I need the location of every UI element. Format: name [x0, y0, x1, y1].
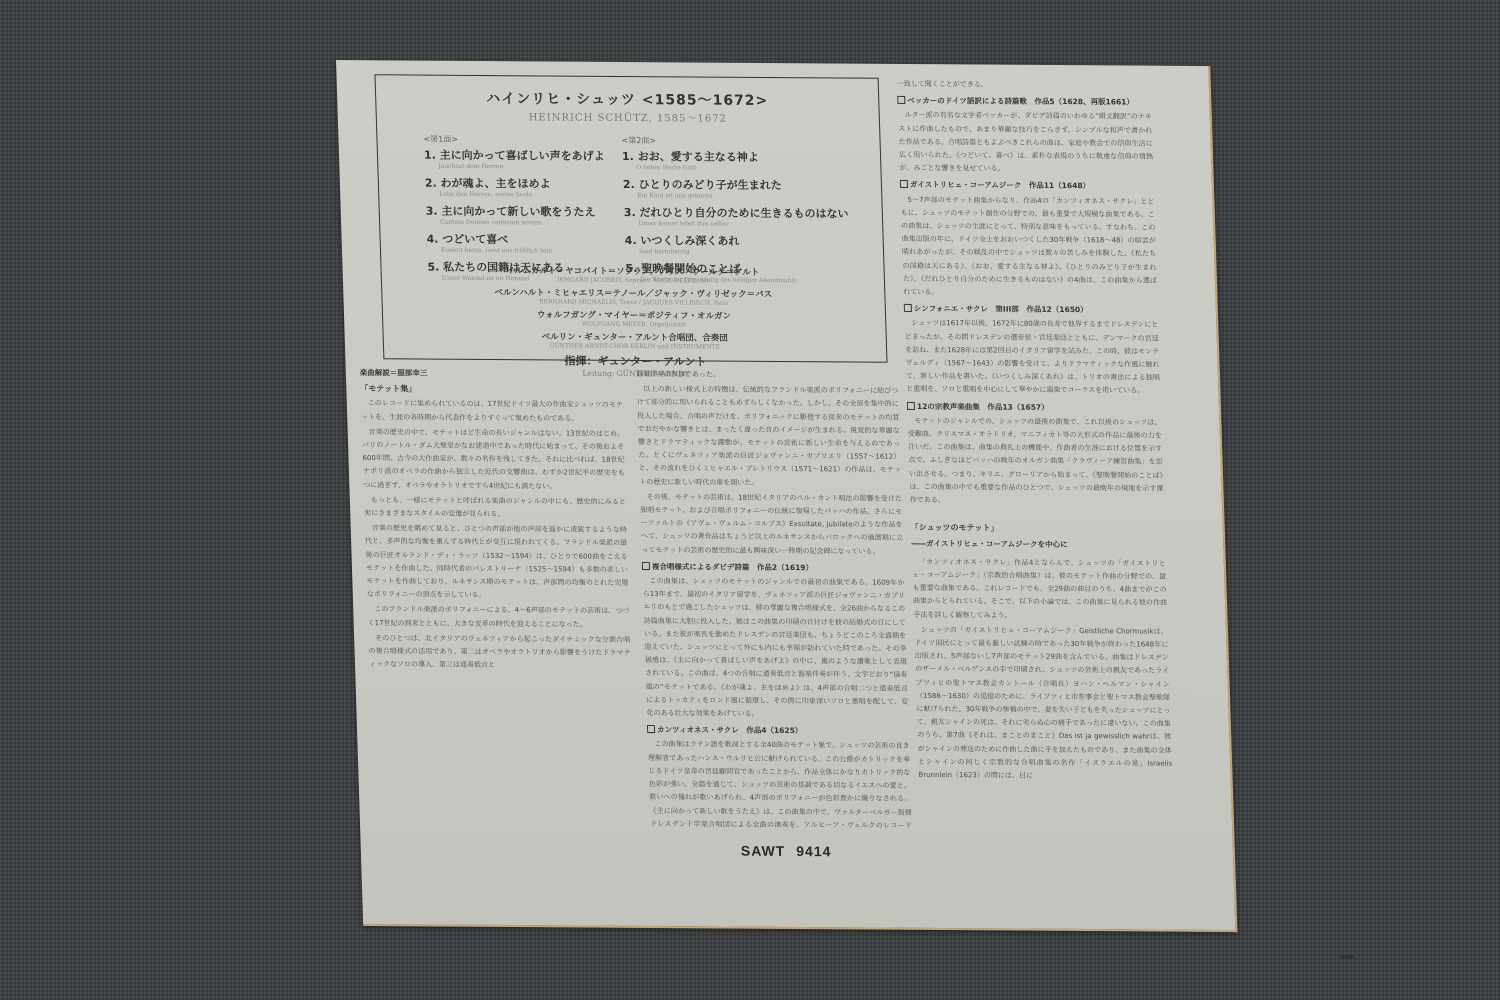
- paragraph: モテットのジャンルでの、シュッツの最後の曲集で、これ以後のシュッツは、受難曲、ク…: [907, 415, 1164, 509]
- section-heading: 「モテット集」: [360, 382, 622, 397]
- paragraph: 以上の新しい様式上の特徴は、伝統的なフランドル楽派のポリフォニーに結びつけて部分…: [636, 383, 901, 490]
- track-title-de: Jauchzet dem Herren: [424, 163, 624, 173]
- paragraph: この曲集は、シュッツのモテットのジャンルでの最初の曲集である。1609年から13…: [642, 575, 909, 722]
- track-title-de: Unser keiner lebet ihm selber: [624, 220, 874, 231]
- paragraph: 一致して聞くことができる。: [897, 78, 1151, 93]
- track-title-de: Kommt herzu, lasst uns fröhlich sein: [427, 247, 627, 257]
- track-item: 1. 主に向かって喜ばしい声をあげよ Jauchzet dem Herren: [424, 147, 625, 173]
- track-title-jp: 2. わが魂よ、主をほめよ: [425, 175, 626, 192]
- track-item: 3. 主に向かって新しい歌をうたえ Cantate Domino canticu…: [425, 203, 626, 229]
- track-title-de: O lieber Herre Gott: [622, 164, 872, 175]
- side-a-label: <第1面>: [423, 134, 623, 146]
- paragraph: 「カンツィオネス・サクレ」作品4とならんで、シュッツの「ガイストリヒェ・コーアム…: [912, 556, 1168, 624]
- paragraph: この曲集はラテン語を歌詞とする全40曲のモテット集で、シュッツの芸術の良き理解者…: [647, 738, 912, 829]
- track-title-jp: 3. だれひとり自分のために生きるものはない: [624, 204, 875, 222]
- paragraph: 音楽の歴史を眺めて見ると、ひとつの声部が他の声部を遥かに凌駕するような時代と、多…: [365, 522, 630, 603]
- checkbox-square-icon: [904, 304, 912, 312]
- catalog-number: SAWT 9414: [741, 843, 832, 860]
- checkbox-square-icon: [642, 562, 650, 570]
- paragraph: もっとも、一様にモテットと呼ばれる楽曲のジャンルの中にも、歴史的にみると実にさま…: [364, 494, 627, 522]
- side-b-label: <第2面>: [621, 135, 871, 148]
- track-item: 1. おお、愛する主なる神よ O lieber Herre Gott: [622, 148, 873, 175]
- paragraph: その後、モテットの芸術は、18世紀イタリアのベル・カント唱法の影響を受けた独唱モ…: [640, 491, 904, 559]
- paragraph: 器楽伴奏の参加であった。: [636, 368, 898, 383]
- work-title: カンツィオネス・サクレ 作品4（1625）: [657, 725, 803, 735]
- track-title-jp: 1. おお、愛する主なる神よ: [622, 148, 873, 166]
- checkbox-square-icon: [907, 402, 915, 410]
- checkbox-square-icon: [900, 180, 908, 188]
- work-title: 複合唱様式によるダビデ詩篇 作品2（1619）: [652, 562, 813, 572]
- track-item: 4. いつくしみ深くあれ Seid barmherzig: [624, 232, 875, 259]
- track-title-jp: 1. 主に向かって喜ばしい声をあげよ: [424, 147, 625, 164]
- paragraph: ルター派の有名な文学者ベッカーが、ダビデ詩篇のいわゆる“韻文翻訳”のテキストに作…: [898, 109, 1154, 177]
- work-heading: シンフォニエ・サクレ 第III部 作品12（1650）: [904, 302, 1158, 317]
- track-title-jp: 3. 主に向かって新しい歌をうたえ: [425, 203, 626, 220]
- paragraph: 5～7声部のモテット曲集からなり、作品4の「カンツィオネス・サクレ」とともに、シ…: [900, 194, 1157, 301]
- track-title-jp: 4. つどいて喜べ: [426, 231, 627, 248]
- work-heading: カンツィオネス・サクレ 作品4（1625）: [647, 723, 909, 738]
- track-title-de: Ein Kind ist uns geboren: [623, 192, 873, 203]
- performer-credits: イルムガルト・ヤコバイト＝ソプラノ／アリス・ウールケ＝アルト IRMGARD J…: [381, 263, 887, 380]
- work-title: 12の宗教声楽曲集 作品13（1657）: [917, 402, 1049, 412]
- paragraph: このフランドル楽派のポリフォニーによる、4～6声部のモテットの芸術は、つづく17…: [367, 604, 630, 632]
- track-title-de: Cantate Domino canticum novum: [426, 219, 626, 229]
- work-title: ベッカーのドイツ語訳による詩篇歌 作品5（1628、再版1661）: [907, 96, 1134, 107]
- paragraph: このレコードに集められているのは、17世紀ドイツ最大の作曲家シュッツのモテットを…: [361, 397, 624, 425]
- notes-column-3: 一致して聞くことができる。 ベッカーのドイツ語訳による詩篇歌 作品5（1628、…: [897, 78, 1173, 786]
- section-subtitle: ――ガイストリヒェ・コーアムジークを中心に: [911, 536, 1165, 551]
- composer-title-en: HEINRICH SCHÜTZ, 1585～1672: [376, 107, 879, 126]
- work-title: シンフォニエ・サクレ 第III部 作品12（1650）: [914, 304, 1088, 314]
- work-heading: ガイストリヒェ・コーアムジーク 作品11（1648）: [900, 178, 1154, 193]
- track-title-de: Lobe den Herren, meine Seele: [425, 191, 625, 201]
- track-title-jp: 4. いつくしみ深くあれ: [624, 232, 875, 250]
- track-item: 4. つどいて喜べ Kommt herzu, lasst uns fröhlic…: [426, 231, 627, 257]
- paragraph: そのひとつは、北イタリアのヴェネツィアから起こったダイナミックな分割合唱の複合唱…: [368, 632, 631, 673]
- work-heading: 12の宗教声楽曲集 作品13（1657）: [907, 400, 1161, 415]
- track-list-box: ハインリヒ・シュッツ <1585～1672> HEINRICH SCHÜTZ, …: [374, 74, 887, 363]
- track-item: 3. だれひとり自分のために生きるものはない Unser keiner lebe…: [624, 204, 875, 231]
- section-heading: 「シュッツのモテット」: [911, 521, 1165, 536]
- work-heading: 複合唱様式によるダビデ詩篇 作品2（1619）: [642, 560, 904, 575]
- paragraph: シュッツは1617年以後、1672年に80歳の長寿で他界するまでドレスデンにとど…: [904, 317, 1161, 398]
- paragraph: シュッツの「ガイストリヒェ・コーアムジーク」Geistliche Chormus…: [914, 624, 1173, 784]
- notes-column-1: 楽曲解説＝服部幸三 「モテット集」 このレコードに集められているのは、17世紀ド…: [360, 366, 632, 675]
- checkbox-square-icon: [897, 96, 905, 104]
- notes-column-2: 器楽伴奏の参加であった。 以上の新しい様式上の特徴は、伝統的なフランドル楽派のポ…: [636, 368, 913, 830]
- track-title-jp: 2. ひとりのみどり子が生まれた: [623, 176, 874, 194]
- work-heading: ベッカーのドイツ語訳による詩篇歌 作品5（1628、再版1661）: [897, 94, 1151, 109]
- work-title: ガイストリヒェ・コーアムジーク 作品11（1648）: [910, 180, 1090, 190]
- track-title-de: Seid barmherzig: [625, 248, 875, 259]
- notes-author: 楽曲解説＝服部幸三: [360, 366, 622, 381]
- liner-notes-sheet: ハインリヒ・シュッツ <1585～1672> HEINRICH SCHÜTZ, …: [336, 60, 1237, 932]
- track-item: 2. ひとりのみどり子が生まれた Ein Kind ist uns gebore…: [623, 176, 874, 203]
- track-item: 2. わが魂よ、主をほめよ Lobe den Herren, meine See…: [425, 175, 626, 201]
- checkbox-square-icon: [647, 725, 655, 733]
- surface-mark: [1340, 955, 1354, 959]
- paragraph: 音楽の歴史の中で、モテットほど生命の長いジャンルはない。13世紀のはじめ、パリの…: [362, 426, 626, 494]
